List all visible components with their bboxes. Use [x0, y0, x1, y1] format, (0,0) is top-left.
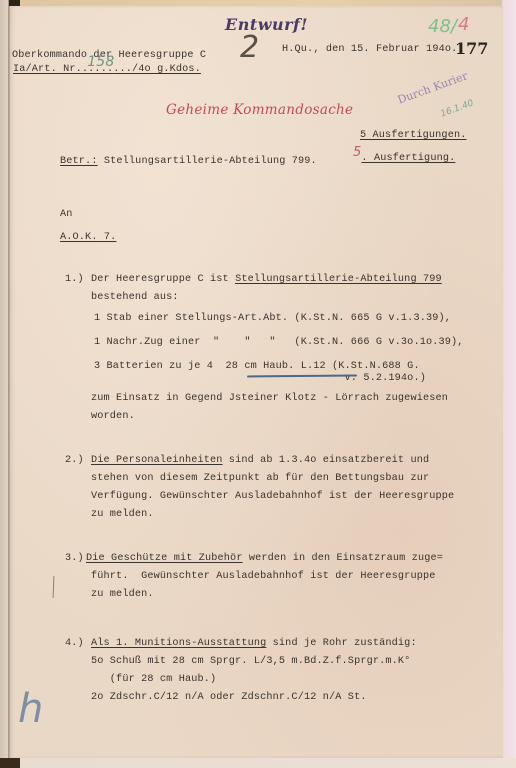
- courier-stamp: Durch Kurier: [396, 69, 470, 106]
- addressee: A.O.K. 7.: [60, 232, 116, 243]
- ammunition-line-2: (für 28 cm Haub.): [91, 674, 216, 685]
- section-2-heading: Die Personaleinheiten: [91, 455, 223, 466]
- margin-pencil-mark: [53, 576, 55, 598]
- reference-suffix: /4o g.Kdos.: [132, 64, 201, 75]
- scan-border-right: [502, 0, 516, 768]
- copy-number: 5. Ausfertigung.: [353, 149, 455, 164]
- section-2-line-4: zu melden.: [91, 509, 154, 520]
- section-4-text: sind je Rohr zuständig:: [266, 638, 416, 649]
- unit-name-underlined: Stellungsartillerie-Abteilung 799: [235, 274, 442, 285]
- place-date: H.Qu., den 15. Februar 194o.: [282, 44, 457, 55]
- draft-stamp: Entwurf!: [225, 15, 308, 34]
- section-3-line-3: zu melden.: [91, 589, 154, 600]
- subject-text: Stellungsartillerie-Abteilung 799.: [98, 156, 317, 167]
- unit-item-2: 1 Nachr.Zug einer " " " (K.St.N. 666 G v…: [94, 337, 464, 348]
- classification-stamp: Geheime Kommandosache: [166, 102, 353, 118]
- section-2-number: 2.): [65, 455, 84, 466]
- scan-border-bottom: [0, 758, 516, 768]
- section-1-closing-2: worden.: [91, 411, 135, 422]
- section-2-line-3: Verfügung. Gewünschter Ausladebahnhof is…: [91, 491, 454, 502]
- section-1-line-2: bestehend aus:: [91, 292, 179, 303]
- section-3-line-1: Die Geschütze mit Zubehör werden in den …: [86, 553, 443, 564]
- section-3-line-2: führt. Gewünschter Ausladebahnhof ist de…: [91, 571, 436, 582]
- section-3-number: 3.): [65, 553, 84, 564]
- ammunition-line-1: 5o Schuß mit 28 cm Sprgr. L/3,5 m.Bd.Z.f…: [91, 656, 410, 667]
- section-2-text: sind ab 1.3.4o einsatzbereit und: [223, 455, 430, 466]
- section-4-number: 4.): [65, 638, 84, 649]
- section-1-text: Der Heeresgruppe C ist: [91, 274, 235, 285]
- unit-item-1: 1 Stab einer Stellungs-Art.Abt. (K.St.N.…: [94, 313, 451, 324]
- handwritten-copy-number: 5: [353, 145, 361, 160]
- handwritten-reference-number: 158: [87, 54, 114, 70]
- section-3-text: werden in den Einsatzraum zuge=: [243, 553, 443, 564]
- reference-dots: ...: [113, 64, 132, 75]
- subject-line: Betr.: Stellungsartillerie-Abteilung 799…: [60, 156, 317, 167]
- subject-label: Betr.:: [60, 156, 98, 167]
- courier-date: 16.1.40: [439, 98, 475, 119]
- copies-total: 5 Ausfertigungen.: [360, 130, 466, 141]
- handwritten-folio-green: 48/: [428, 16, 457, 37]
- handwritten-folio-red: 4: [458, 14, 469, 35]
- section-2-line-2: stehen von diesem Zeitpunkt ab für den B…: [91, 473, 429, 484]
- addressee-prefix: An: [60, 209, 73, 220]
- unit-item-3: 3 Batterien zu je 4 28 cm Haub. L.12 (K.…: [94, 361, 420, 372]
- reference-number: Ia/Art. Nr.........158/4o g.Kdos.: [13, 64, 201, 75]
- section-4-line-1: Als 1. Munitions-Ausstattung sind je Roh…: [91, 638, 417, 649]
- reference-prefix: Ia/Art. Nr.: [13, 64, 82, 75]
- section-4-heading: Als 1. Munitions-Ausstattung: [91, 638, 266, 649]
- margin-handwritten-initial: h: [18, 686, 43, 732]
- document-page: Entwurf! 2 48/ 4 177 Oberkommando der He…: [9, 6, 503, 758]
- copy-number-label: . Ausfertigung.: [361, 153, 455, 164]
- scan-border-left: [0, 0, 9, 768]
- folio-number: 177: [455, 39, 488, 58]
- section-3-heading: Die Geschütze mit Zubehör: [86, 553, 243, 564]
- section-2-line-1: Die Personaleinheiten sind ab 1.3.4o ein…: [91, 455, 429, 466]
- section-1-closing-1: zum Einsatz in Gegend Jsteiner Klotz - L…: [91, 393, 448, 404]
- section-1-line-1: Der Heeresgruppe C ist Stellungsartiller…: [91, 274, 442, 285]
- ammunition-line-3: 2o Zdschr.C/12 n/A oder Zdschnr.C/12 n/A…: [91, 692, 367, 703]
- section-1-number: 1.): [65, 274, 84, 285]
- handwritten-copy-mark: 2: [240, 30, 259, 65]
